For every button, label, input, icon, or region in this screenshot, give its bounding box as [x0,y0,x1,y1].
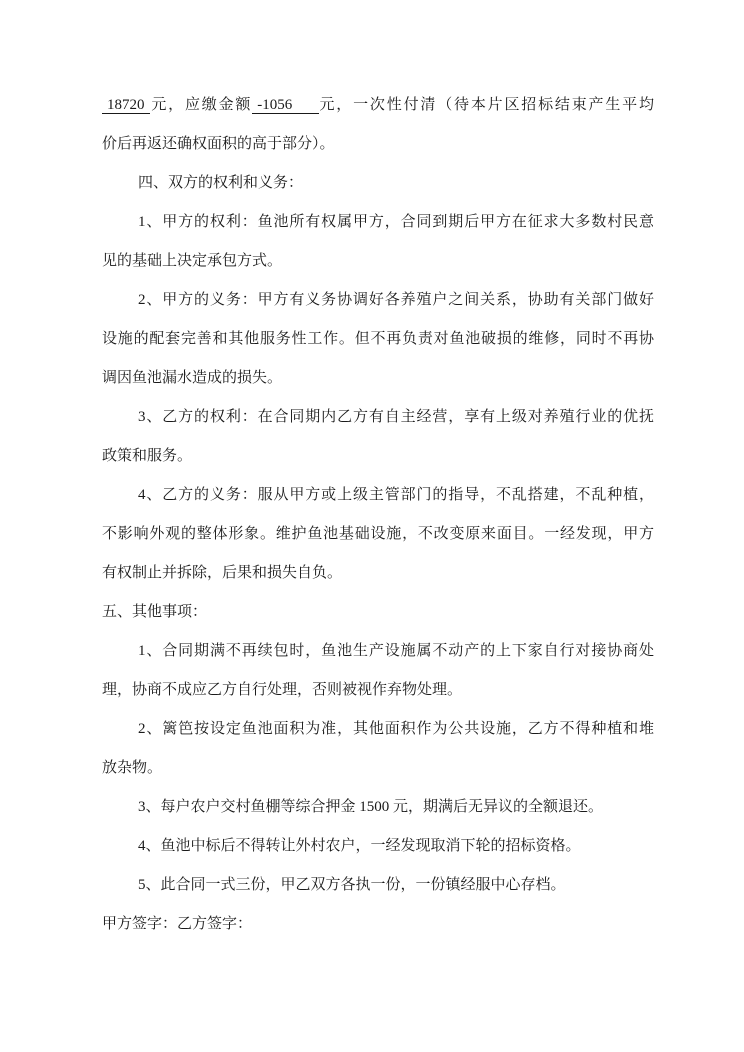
text-run: 4、鱼池中标后不得转让外村农户，一经发现取消下轮的招标资格。 [138,838,581,854]
signature-line: 甲方签字：乙方签字： [102,905,654,944]
text-run: 5、此合同一式三份，甲乙双方各执一份，一份镇经服中心存档。 [138,877,566,893]
text-run: 放杂物。 [102,760,162,776]
clause-4-3-party-b-rights-line-1: 3、乙方的权利：在合同期内乙方有自主经营，享有上级对养殖行业的优抚 [102,398,654,437]
text-run: 3、每户农户交村鱼棚等综合押金 1500 元，期满后无异议的全额退还。 [138,799,603,815]
text-run: 元，应缴金额 [150,97,253,113]
text-run: 1、甲方的权利：鱼池所有权属甲方，合同到期后甲方在征求大多数村民意 [138,214,654,230]
clause-5-1-contract-expiry-line-2: 理，协商不成应乙方自行处理，否则被视作弃物处理。 [102,671,654,710]
text-run: 2、篱笆按设定鱼池面积为准，其他面积作为公共设施，乙方不得种植和堆 [138,721,654,737]
text-run: 理，协商不成应乙方自行处理，否则被视作弃物处理。 [102,682,462,698]
clause-4-4-party-b-obligations-line-2: 不影响外观的整体形象。维护鱼池基础设施，不改变原来面目。一经发现，甲方 [102,515,654,554]
clause-4-2-party-a-obligations-line-2: 设施的配套完善和其他服务性工作。但不再负责对鱼池破损的维修，同时不再协 [102,320,654,359]
text-run: 元，一次性付清（待本片区招标结束产生平均 [319,97,654,113]
text-run: 甲方签字：乙方签字： [102,916,252,932]
text-run: 有权制止并拆除，后果和损失自负。 [102,565,342,581]
section-4-heading: 四、双方的权利和义务： [102,164,654,203]
clause-4-4-party-b-obligations-line-1: 4、乙方的义务：服从甲方或上级主管部门的指导，不乱搭建，不乱种植， [102,476,654,515]
underlined-blank-value: 18720 [102,97,150,114]
text-run: 设施的配套完善和其他服务性工作。但不再负责对鱼池破损的维修，同时不再协 [102,331,654,347]
text-run: 政策和服务。 [102,448,192,464]
underlined-blank-value: -1056 [252,97,319,114]
text-run: 2、甲方的义务：甲方有义务协调好各养殖户之间关系，协助有关部门做好 [138,292,654,308]
text-run: 四、双方的权利和义务： [138,175,303,191]
clause-4-2-party-a-obligations-line-1: 2、甲方的义务：甲方有义务协调好各养殖户之间关系，协助有关部门做好 [102,281,654,320]
payment-amount-clause-line-2: 价后再返还确权面积的高于部分）。 [102,125,654,164]
contract-body: 18720元，应缴金额-1056 元，一次性付清（待本片区招标结束产生平均价后再… [102,86,654,944]
text-run: 3、乙方的权利：在合同期内乙方有自主经营，享有上级对养殖行业的优抚 [138,409,654,425]
text-run: 见的基础上决定承包方式。 [102,253,282,269]
clause-5-4-no-transfer: 4、鱼池中标后不得转让外村农户，一经发现取消下轮的招标资格。 [102,827,654,866]
text-run: 不影响外观的整体形象。维护鱼池基础设施，不改变原来面目。一经发现，甲方 [102,526,654,542]
text-run: 价后再返还确权面积的高于部分）。 [102,136,335,152]
clause-5-1-contract-expiry-line-1: 1、合同期满不再续包时，鱼池生产设施属不动产的上下家自行对接协商处 [102,632,654,671]
clause-5-2-fence-area-line-1: 2、篱笆按设定鱼池面积为准，其他面积作为公共设施，乙方不得种植和堆 [102,710,654,749]
clause-4-3-party-b-rights-line-2: 政策和服务。 [102,437,654,476]
clause-5-5-copies: 5、此合同一式三份，甲乙双方各执一份，一份镇经服中心存档。 [102,866,654,905]
clause-4-1-party-a-rights-line-2: 见的基础上决定承包方式。 [102,242,654,281]
text-run: 调因鱼池漏水造成的损失。 [102,370,282,386]
payment-amount-clause-line-1: 18720元，应缴金额-1056 元，一次性付清（待本片区招标结束产生平均 [102,86,654,125]
section-5-heading: 五、其他事项： [102,593,654,632]
text-run: 五、其他事项： [102,604,207,620]
clause-5-3-deposit: 3、每户农户交村鱼棚等综合押金 1500 元，期满后无异议的全额退还。 [102,788,654,827]
document-page: 18720元，应缴金额-1056 元，一次性付清（待本片区招标结束产生平均价后再… [0,0,744,1052]
clause-5-2-fence-area-line-2: 放杂物。 [102,749,654,788]
text-run: 1、合同期满不再续包时，鱼池生产设施属不动产的上下家自行对接协商处 [138,643,654,659]
clause-4-4-party-b-obligations-line-3: 有权制止并拆除，后果和损失自负。 [102,554,654,593]
text-run: 4、乙方的义务：服从甲方或上级主管部门的指导，不乱搭建，不乱种植， [138,487,654,503]
clause-4-1-party-a-rights-line-1: 1、甲方的权利：鱼池所有权属甲方，合同到期后甲方在征求大多数村民意 [102,203,654,242]
clause-4-2-party-a-obligations-line-3: 调因鱼池漏水造成的损失。 [102,359,654,398]
